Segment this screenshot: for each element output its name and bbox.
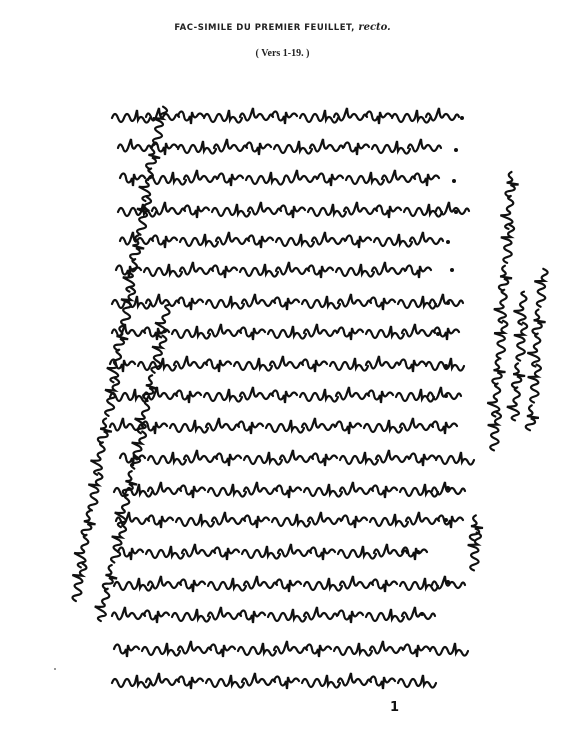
page-number: 1 bbox=[390, 700, 399, 715]
right-lower-note bbox=[466, 515, 484, 571]
main-text-lines bbox=[110, 108, 474, 689]
right-margin-annotation bbox=[484, 171, 549, 450]
scan-speck bbox=[54, 668, 56, 670]
manuscript-facsimile-image bbox=[0, 0, 565, 750]
